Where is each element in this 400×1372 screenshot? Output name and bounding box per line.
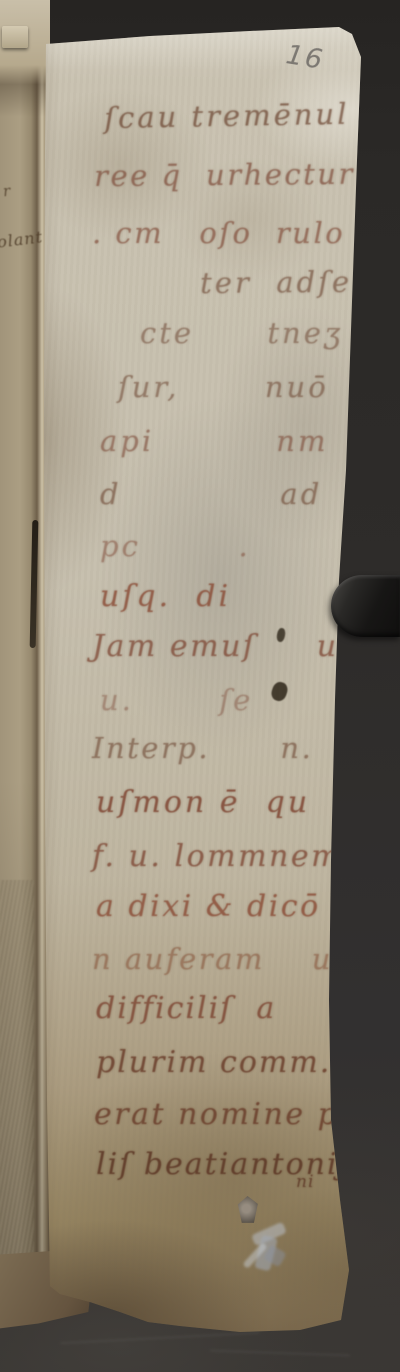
manuscript-text-line: ni [296,1172,314,1192]
stub-text-fragment: r [2,182,11,201]
manuscript-text-line: Interp. n. [92,731,313,765]
background-scratch [210,1350,350,1357]
manuscript-text-line: api nm [100,424,329,458]
manuscript-text-line: difficiliſ a [96,991,276,1026]
manuscript-text-line: . cm oſo rulo [92,216,345,250]
page-weight-strap [331,575,400,637]
manuscript-text-line: n auferam un [92,942,354,976]
manuscript-text-line: erat nomine ph [94,1097,361,1132]
silver-smudge-mark [236,1222,292,1284]
dark-shield-stain [236,1196,259,1224]
manuscript-text-line: d ad [100,477,322,511]
manuscript-text-line: plurim comm. n [96,1045,364,1080]
parchment-leaf: 16 ſcau tremēnulree q̄ urhectur. cm oſo … [0,0,400,1372]
manuscript-text-line: uſq. di [100,579,231,614]
background-scratch [60,1332,260,1344]
folio-number: 16 [284,39,327,76]
manuscript-photo: r olant 16 ſcau tremēnulree q̄ urhectur.… [0,0,400,1372]
stub-suede-texture [0,880,34,1298]
manuscript-text-line: ſur, nuō [118,370,329,404]
manuscript-text-line: ſcau tremēnul [104,97,350,135]
manuscript-text-line: ter adſe [200,265,352,300]
left-leaf-stub: r olant [0,0,50,1298]
manuscript-text-line: uſmon ē qu [96,785,310,820]
manuscript-text-line: ree q̄ urhectur [94,157,355,193]
manuscript-text-line: cte tneʒ [140,316,343,350]
stub-top-tab [2,26,28,48]
manuscript-text-line: Jam emuſ un [92,629,360,664]
manuscript-text-line: u. ſe [100,683,253,717]
manuscript-text-line: a dixi & dicō [96,889,321,924]
manuscript-text-line: f. u. lommnem [92,839,342,874]
stub-crack [30,520,39,648]
ink-blot [269,680,289,703]
stub-text-fragment: olant [0,227,44,251]
manuscript-text-line: pc . [100,529,251,563]
